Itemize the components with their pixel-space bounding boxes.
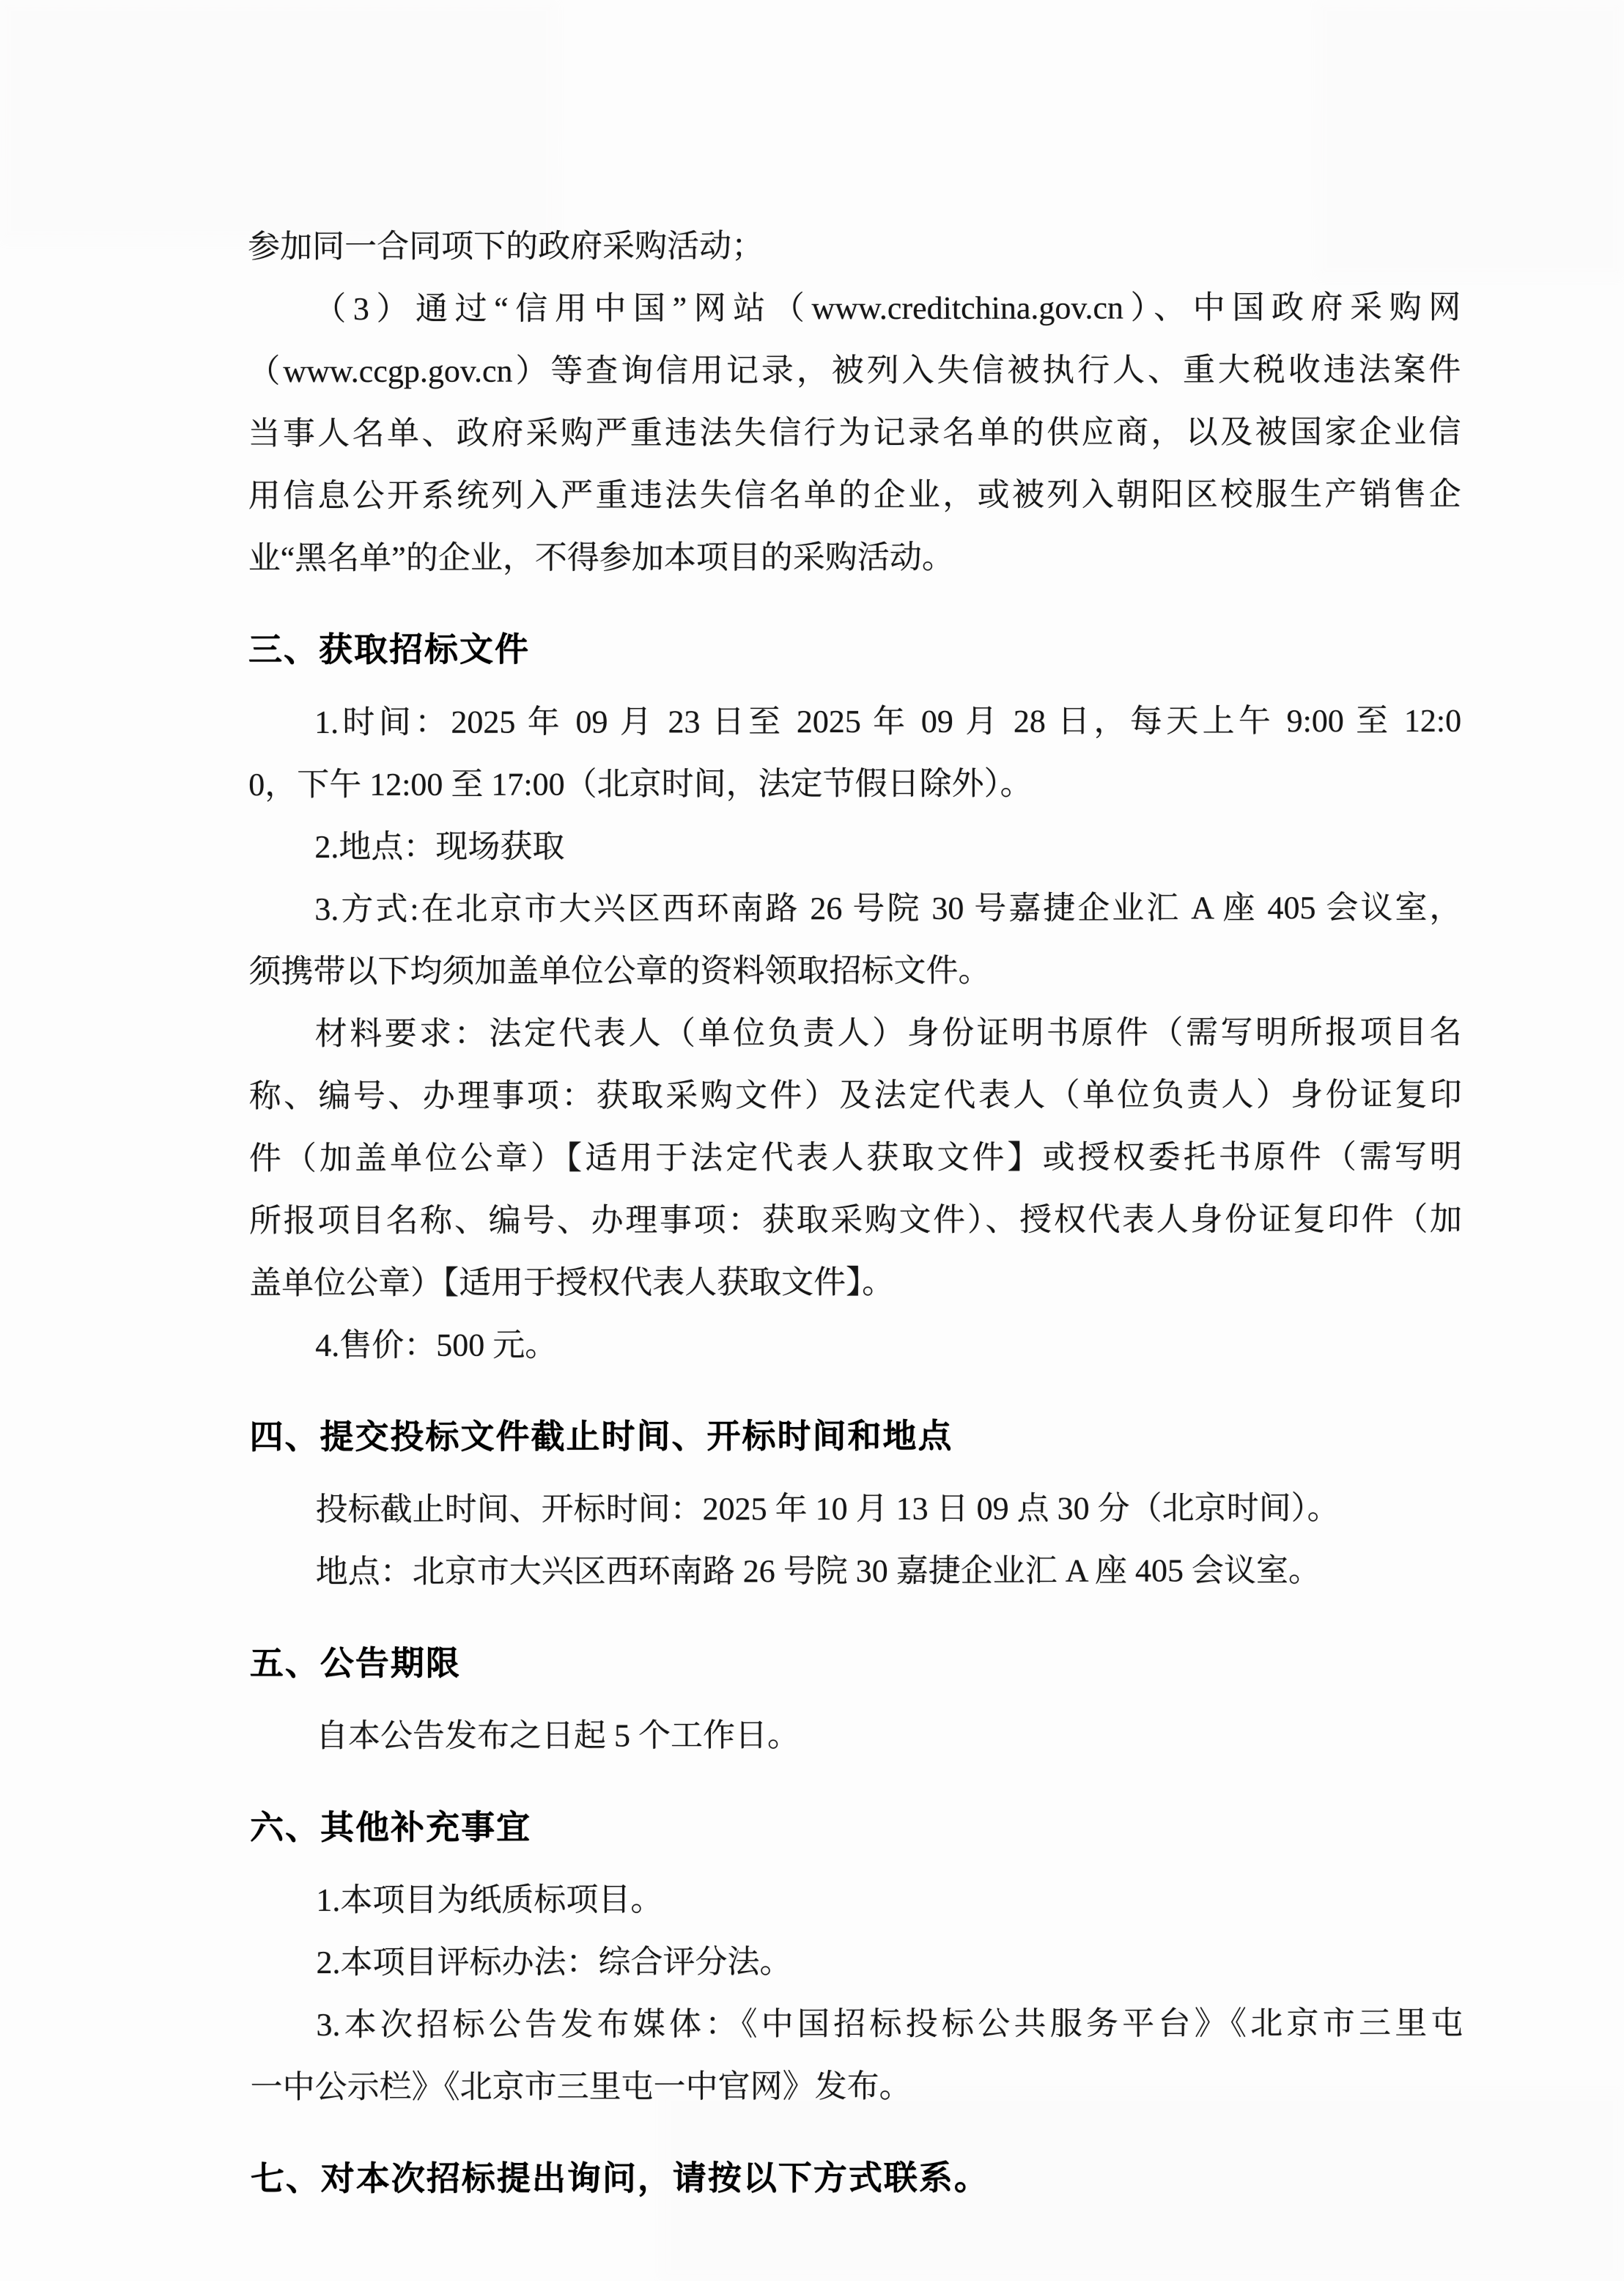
section-heading: 七、对本次招标提出询问，请按以下方式联系。 [251, 2146, 1464, 2210]
document-line: 盖单位公章）【适用于授权代表人获取文件】。 [249, 1250, 1462, 1314]
section-heading: 四、提交投标文件截止时间、开标时间和地点 [249, 1404, 1462, 1468]
section-heading: 六、其他补充事宜 [250, 1795, 1463, 1859]
document-line: （www.ccgp.gov.cn）等查询信用记录，被列入失信被执行人、重大税收违… [248, 339, 1461, 402]
document-line: 用信息公开系统列入严重违法失信名单的企业，或被列入朝阳区校服生产销售企 [248, 463, 1461, 527]
document-line: 地点：北京市大兴区西环南路 26 号院 30 嘉捷企业汇 A 座 405 会议室… [250, 1539, 1529, 1603]
document-line: 1.时间：2025 年 09 月 23 日至 2025 年 09 月 28 日，… [248, 690, 1461, 753]
document-line: 2.本项目评标办法：综合评分法。 [250, 1930, 1529, 1994]
document-line: 2.地点：现场获取 [248, 814, 1527, 878]
document-page: 参加同一合同项下的政府采购活动；（3）通过“信用中国”网站（www.credit… [0, 0, 1624, 2281]
document-line: 自本公告发布之日起 5 个工作日。 [250, 1703, 1529, 1767]
document-line: 所报项目名称、编号、办理事项：获取采购文件）、授权代表人身份证复印件（加 [249, 1188, 1462, 1252]
section-heading: 五、公告期限 [250, 1631, 1463, 1695]
document-line: 材料要求：法定代表人（单位负责人）身份证明书原件（需写明所报项目名 [249, 1001, 1462, 1065]
document-line: 当事人名单、政府采购严重违法失信行为记录名单的供应商，以及被国家企业信 [248, 401, 1461, 465]
document-line: 件（加盖单位公章）【适用于法定代表人获取文件】或授权委托书原件（需写明 [249, 1126, 1462, 1190]
document-line: 业“黑名单”的企业，不得参加本项目的采购活动。 [248, 526, 1461, 589]
document-line: 参加同一合同项下的政府采购活动； [248, 214, 1461, 278]
document-line: 1.本项目为纸质标项目。 [250, 1868, 1529, 1931]
section-heading: 三、获取招标文件 [248, 617, 1461, 681]
document-line: 须携带以下均须加盖单位公章的资料领取招标文件。 [248, 939, 1461, 1003]
scan-noise-top-left [0, 0, 557, 242]
document-body: 参加同一合同项下的政府采购活动；（3）通过“信用中国”网站（www.credit… [248, 214, 1464, 2220]
document-line: （3）通过“信用中国”网站（www.creditchina.gov.cn）、中国… [248, 276, 1461, 340]
document-line: 称、编号、办理事项：获取采购文件）及法定代表人（单位负责人）身份证复印 [249, 1064, 1462, 1127]
document-line: 4.售价：500 元。 [249, 1313, 1528, 1377]
document-line: 一中公示栏》《北京市三里屯一中官网》发布。 [251, 2055, 1464, 2118]
document-line: 0，下午 12:00 至 17:00（北京时间，法定节假日除外）。 [248, 752, 1461, 816]
document-line: 3.方式:在北京市大兴区西环南路 26 号院 30 号嘉捷企业汇 A 座 405… [248, 877, 1461, 940]
document-line: 3.本次招标公告发布媒体：《中国招标投标公共服务平台》《北京市三里屯 [250, 1992, 1463, 2056]
document-line: 投标截止时间、开标时间：2025 年 10 月 13 日 09 点 30 分（北… [249, 1477, 1528, 1541]
